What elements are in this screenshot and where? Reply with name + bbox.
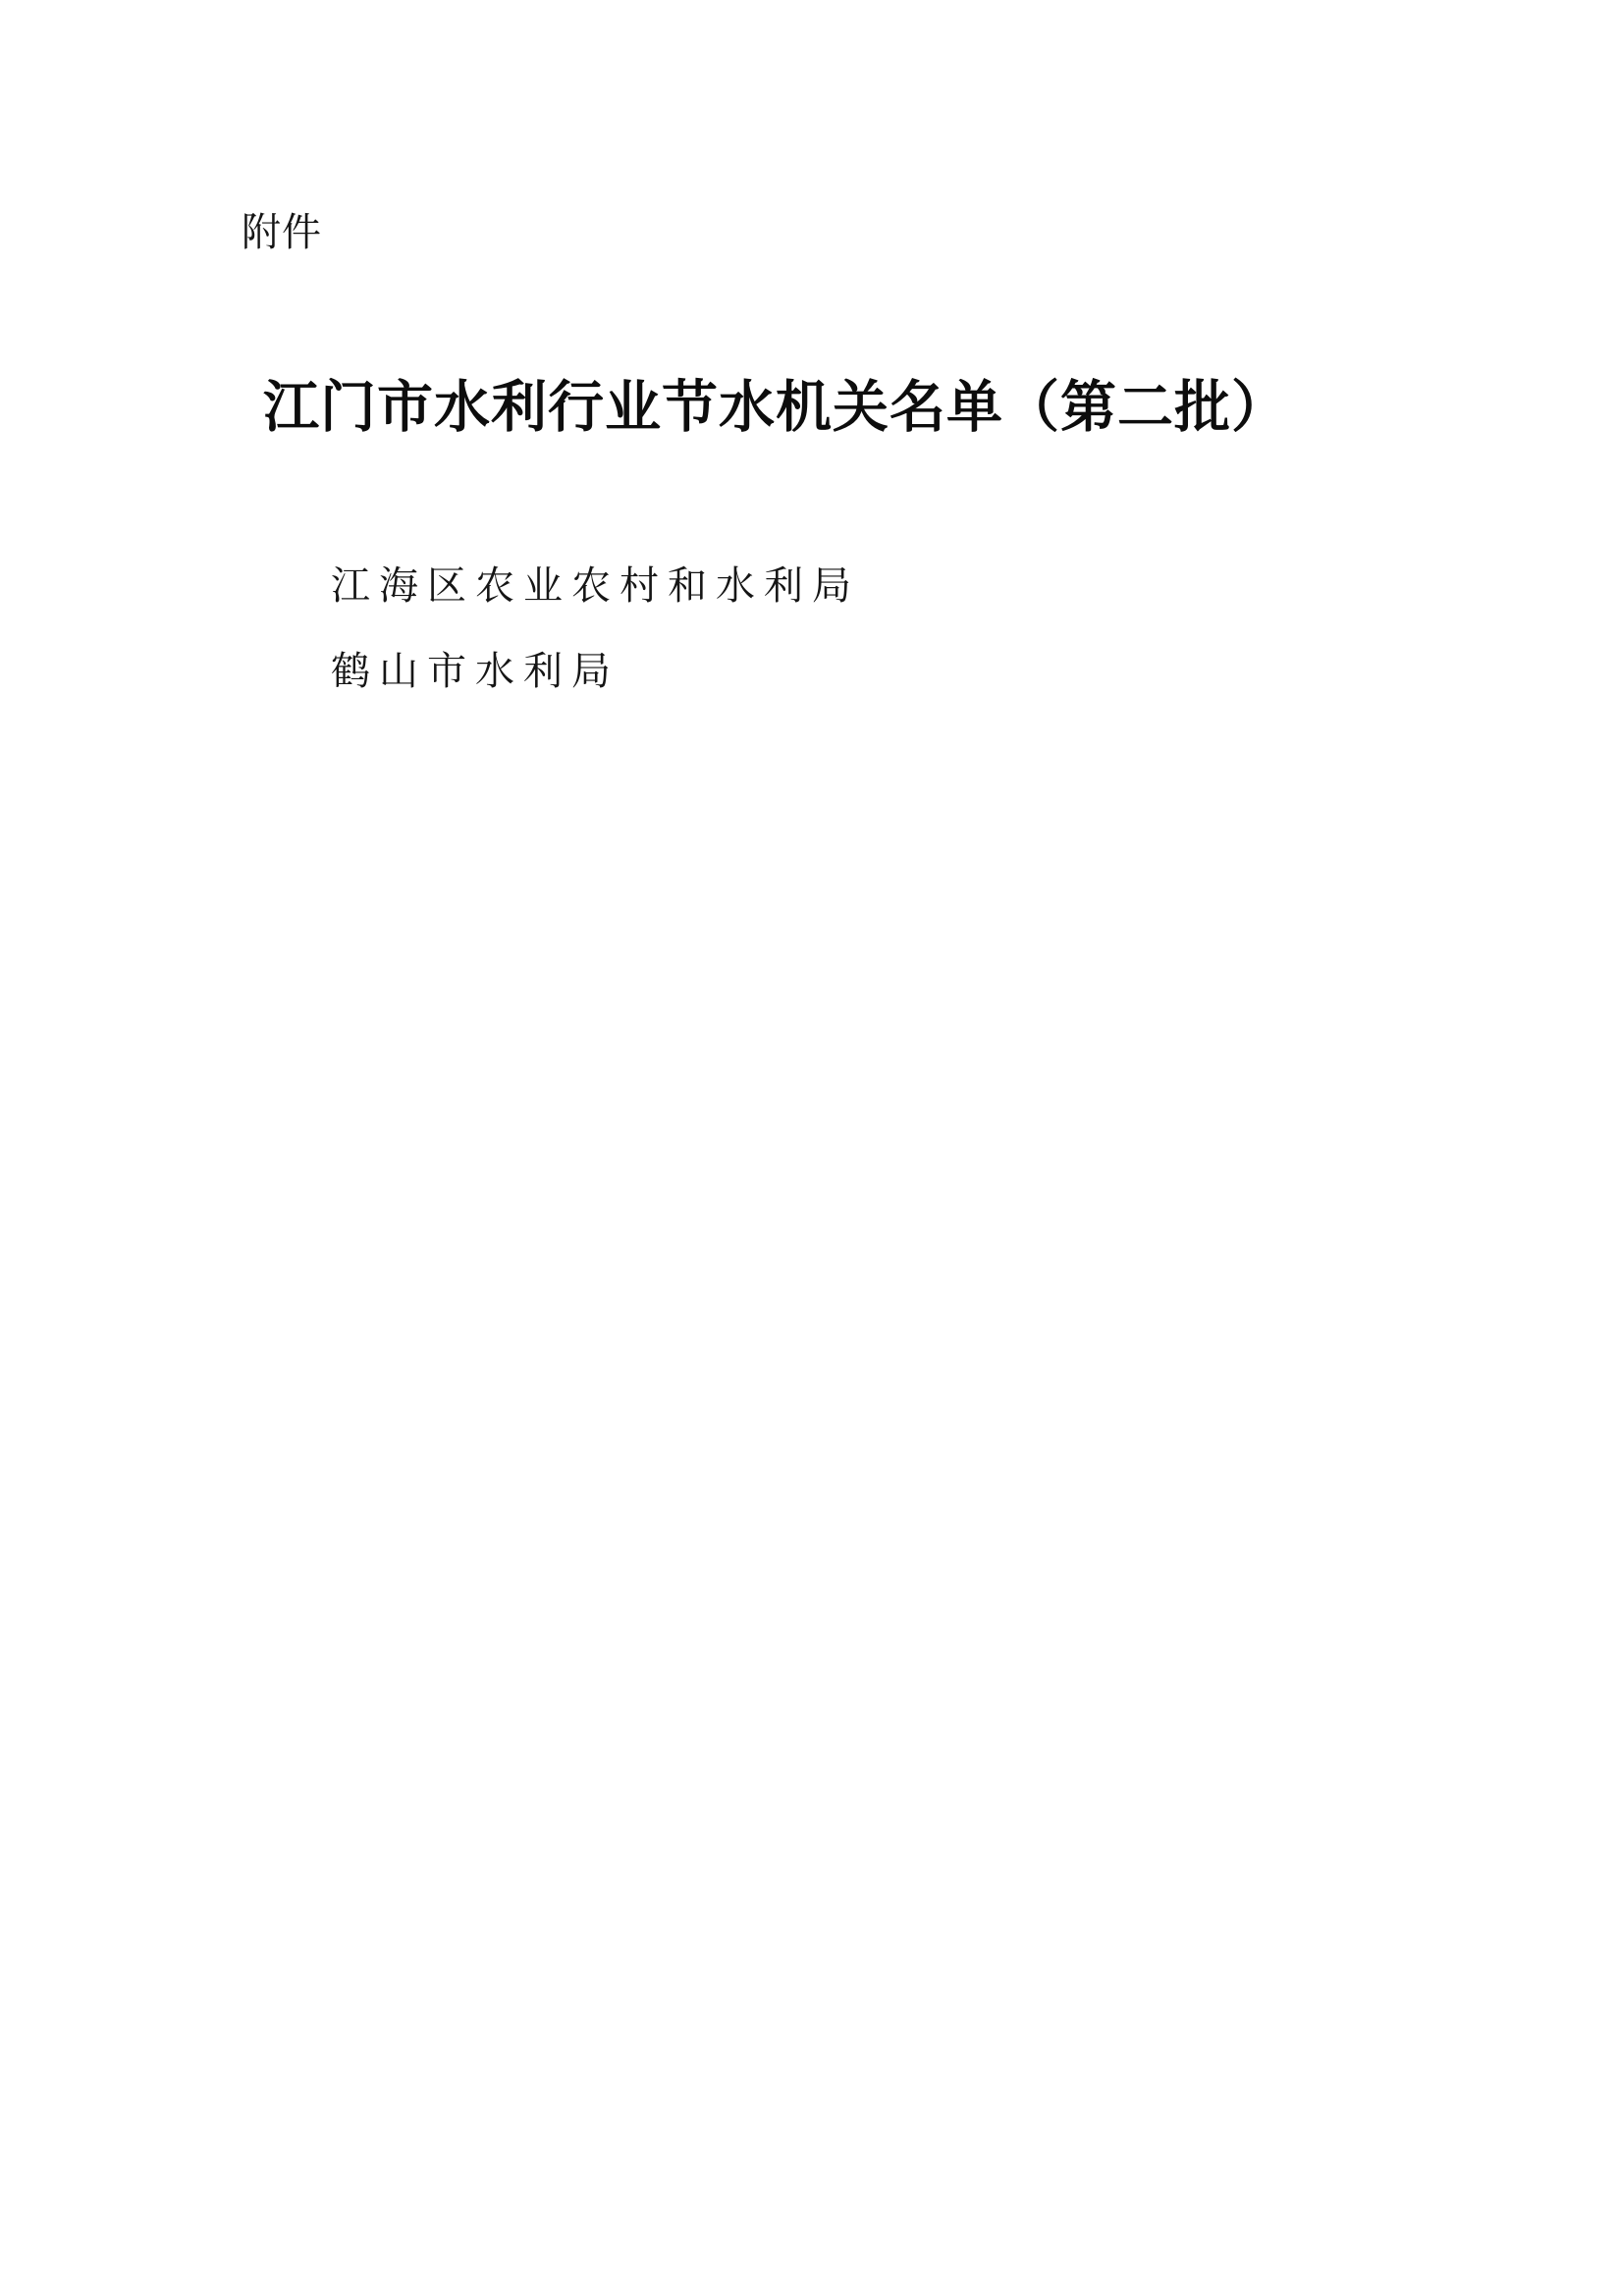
document-title: 江门市水利行业节水机关名单（第二批） (263, 370, 1288, 445)
attachment-label: 附件 (242, 208, 322, 257)
organization-list: 江海区农业农村和水利局 鹤山市水利局 (331, 561, 860, 732)
document-page: 附件 江门市水利行业节水机关名单（第二批） 江海区农业农村和水利局 鹤山市水利局 (0, 0, 1617, 2296)
organization-item: 鹤山市水利局 (331, 647, 860, 696)
organization-item: 江海区农业农村和水利局 (331, 561, 860, 611)
